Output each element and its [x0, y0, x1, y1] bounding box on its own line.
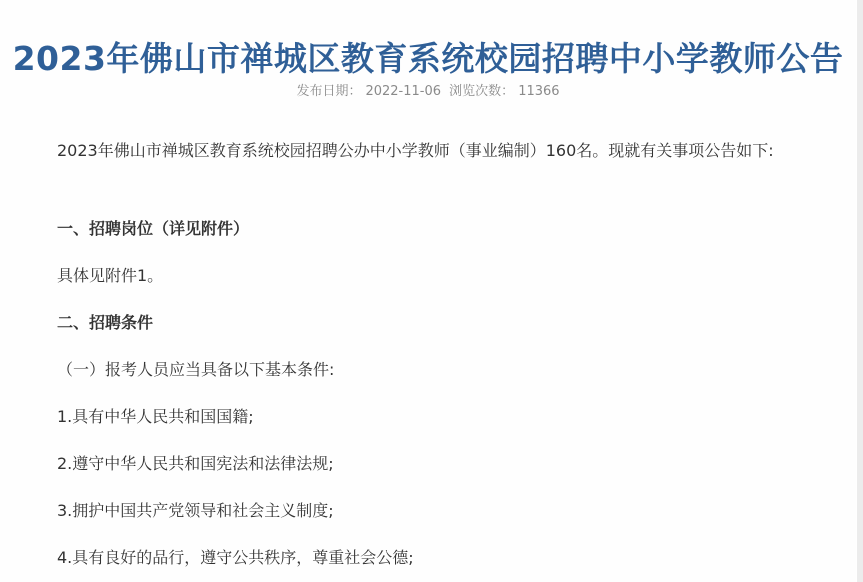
section-body-positions: 具体见附件1。: [57, 265, 163, 287]
section-heading-conditions: 二、招聘条件: [57, 312, 153, 334]
publish-date-label: 发布日期：: [296, 84, 361, 99]
views-count: 11366: [518, 84, 559, 99]
views-label: 浏览次数：: [449, 84, 514, 99]
section-heading-positions: 一、招聘岗位（详见附件）: [57, 218, 249, 240]
article-page: 2023年佛山市禅城区教育系统校园招聘中小学教师公告 发布日期：2022-11-…: [0, 0, 856, 582]
page-title: 2023年佛山市禅城区教育系统校园招聘中小学教师公告: [0, 36, 856, 82]
condition-item: 4.具有良好的品行，遵守公共秩序，尊重社会公德;: [57, 547, 414, 569]
condition-item: 2.遵守中华人民共和国宪法和法律法规;: [57, 453, 334, 475]
article-meta: 发布日期：2022-11-06 浏览次数：11366: [0, 82, 856, 102]
subheading-basic-conditions: （一）报考人员应当具备以下基本条件:: [57, 359, 334, 381]
intro-paragraph: 2023年佛山市禅城区教育系统校园招聘公办中小学教师（事业编制）160名。现就有…: [20, 132, 820, 170]
condition-item: 3.拥护中国共产党领导和社会主义制度;: [57, 500, 334, 522]
vertical-scrollbar[interactable]: [857, 0, 863, 582]
condition-item: 1.具有中华人民共和国国籍;: [57, 406, 254, 428]
publish-date: 2022-11-06: [365, 84, 441, 99]
